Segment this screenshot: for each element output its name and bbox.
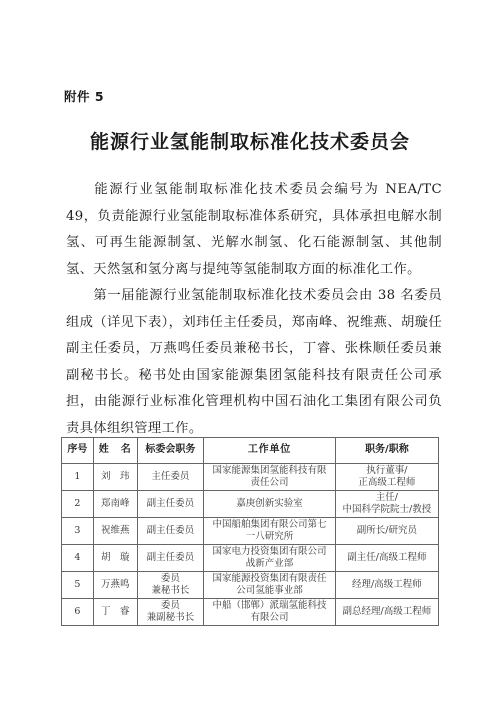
line: 中船（邯郸）派瑞氢能科技 — [212, 600, 326, 611]
cell-unit: 嘉庚创新实验室 — [204, 491, 336, 518]
table-row: 2 郑南峰 副主任委员 嘉庚创新实验室 主任/中国科学院院士/教授 — [62, 491, 439, 518]
table-header-row: 序号 姓 名 标委会职务 工作单位 职务/职称 — [62, 438, 439, 464]
header-name: 姓 名 — [93, 438, 137, 464]
paragraph-text: 第一届能源行业氢能制取标准化技术委员会由 38 名委员组成（详见下表），刘玮任主… — [66, 288, 442, 436]
line: 一八研究所 — [246, 531, 294, 542]
cell-title: 主任/中国科学院院士/教授 — [335, 491, 438, 518]
cell-unit: 中船（邯郸）派瑞氢能科技有限公司 — [204, 599, 336, 626]
cell-title: 副主任/高级工程师 — [335, 545, 438, 572]
cell-unit: 国家能源投资集团有限责任公司氢能事业部 — [204, 572, 336, 599]
cell-unit: 国家能源集团氢能科技有限责任公司 — [204, 464, 336, 491]
line: 公司氢能事业部 — [236, 585, 303, 596]
line: 国家电力投资集团有限公司 — [212, 546, 326, 557]
cell-name: 刘 玮 — [93, 464, 137, 491]
line: 委员 — [161, 573, 180, 584]
cell-no: 2 — [62, 491, 94, 518]
header-no: 序号 — [62, 438, 94, 464]
cell-role: 委员兼副秘书长 — [137, 599, 203, 626]
line: 副主任/高级工程师 — [347, 552, 426, 563]
header-unit: 工作单位 — [204, 438, 336, 464]
table-row: 1 刘 玮 主任委员 国家能源集团氢能科技有限责任公司 执行董事/正高级工程师 — [62, 464, 439, 491]
header-role: 标委会职务 — [137, 438, 203, 464]
line: 战新产业部 — [246, 558, 294, 569]
line: 主任/ — [376, 492, 398, 503]
cell-name: 祝维燕 — [93, 518, 137, 545]
cell-name: 胡 璇 — [93, 545, 137, 572]
cell-no: 3 — [62, 518, 94, 545]
cell-title: 副所长/研究员 — [335, 518, 438, 545]
line: 责任公司 — [250, 477, 288, 488]
table-row: 4 胡 璇 副主任委员 国家电力投资集团有限公司战新产业部 副主任/高级工程师 — [62, 545, 439, 572]
paragraph-composition: 第一届能源行业氢能制取标准化技术委员会由 38 名委员组成（详见下表），刘玮任主… — [66, 283, 442, 442]
line: 兼秘书长 — [151, 585, 189, 596]
cell-role: 委员兼秘书长 — [137, 572, 203, 599]
cell-role: 副主任委员 — [137, 491, 203, 518]
cell-role: 副主任委员 — [137, 545, 203, 572]
cell-name: 丁 睿 — [93, 599, 137, 626]
line: 中国科学院院士/教授 — [343, 504, 432, 515]
cell-title: 执行董事/正高级工程师 — [335, 464, 438, 491]
cell-no: 6 — [62, 599, 94, 626]
members-table: 序号 姓 名 标委会职务 工作单位 职务/职称 1 刘 玮 主任委员 国家能源集… — [61, 437, 439, 626]
line: 执行董事/ — [366, 465, 407, 476]
line: 经理/高级工程师 — [352, 579, 422, 590]
paragraph-text: 能源行业氢能制取标准化技术委员会编号为 NEA/TC 49，负责能源行业氢能制取… — [66, 182, 442, 277]
table-row: 3 祝维燕 副主任委员 中国船舶集团有限公司第七一八研究所 副所长/研究员 — [62, 518, 439, 545]
line: 副主任委员 — [147, 525, 195, 536]
cell-unit: 中国船舶集团有限公司第七一八研究所 — [204, 518, 336, 545]
cell-title: 经理/高级工程师 — [335, 572, 438, 599]
line: 嘉庚创新实验室 — [236, 498, 303, 509]
cell-role: 副主任委员 — [137, 518, 203, 545]
line: 正高级工程师 — [358, 477, 415, 488]
cell-title: 副总经理/高级工程师 — [335, 599, 438, 626]
line: 国家能源投资集团有限责任 — [212, 573, 326, 584]
table-row: 5 万燕鸣 委员兼秘书长 国家能源投资集团有限责任公司氢能事业部 经理/高级工程… — [62, 572, 439, 599]
header-title: 职务/职称 — [335, 438, 438, 464]
line: 主任委员 — [151, 471, 189, 482]
line: 中国船舶集团有限公司第七 — [212, 519, 326, 530]
line: 副主任委员 — [147, 498, 195, 509]
line: 有限公司 — [250, 612, 288, 623]
line: 副总经理/高级工程师 — [343, 606, 432, 617]
line: 副主任委员 — [147, 552, 195, 563]
document-title: 能源行业氢能制取标准化技术委员会 — [0, 127, 500, 154]
cell-no: 5 — [62, 572, 94, 599]
cell-unit: 国家电力投资集团有限公司战新产业部 — [204, 545, 336, 572]
cell-name: 郑南峰 — [93, 491, 137, 518]
cell-name: 万燕鸣 — [93, 572, 137, 599]
line: 副所长/研究员 — [357, 525, 417, 536]
line: 委员 — [161, 600, 180, 611]
cell-no: 1 — [62, 464, 94, 491]
line: 兼副秘书长 — [147, 612, 195, 623]
line: 国家能源集团氢能科技有限 — [212, 465, 326, 476]
cell-no: 4 — [62, 545, 94, 572]
attachment-label: 附件 5 — [64, 87, 104, 105]
table-row: 6 丁 睿 委员兼副秘书长 中船（邯郸）派瑞氢能科技有限公司 副总经理/高级工程… — [62, 599, 439, 626]
cell-role: 主任委员 — [137, 464, 203, 491]
paragraph-intro: 能源行业氢能制取标准化技术委员会编号为 NEA/TC 49，负责能源行业氢能制取… — [66, 177, 442, 283]
